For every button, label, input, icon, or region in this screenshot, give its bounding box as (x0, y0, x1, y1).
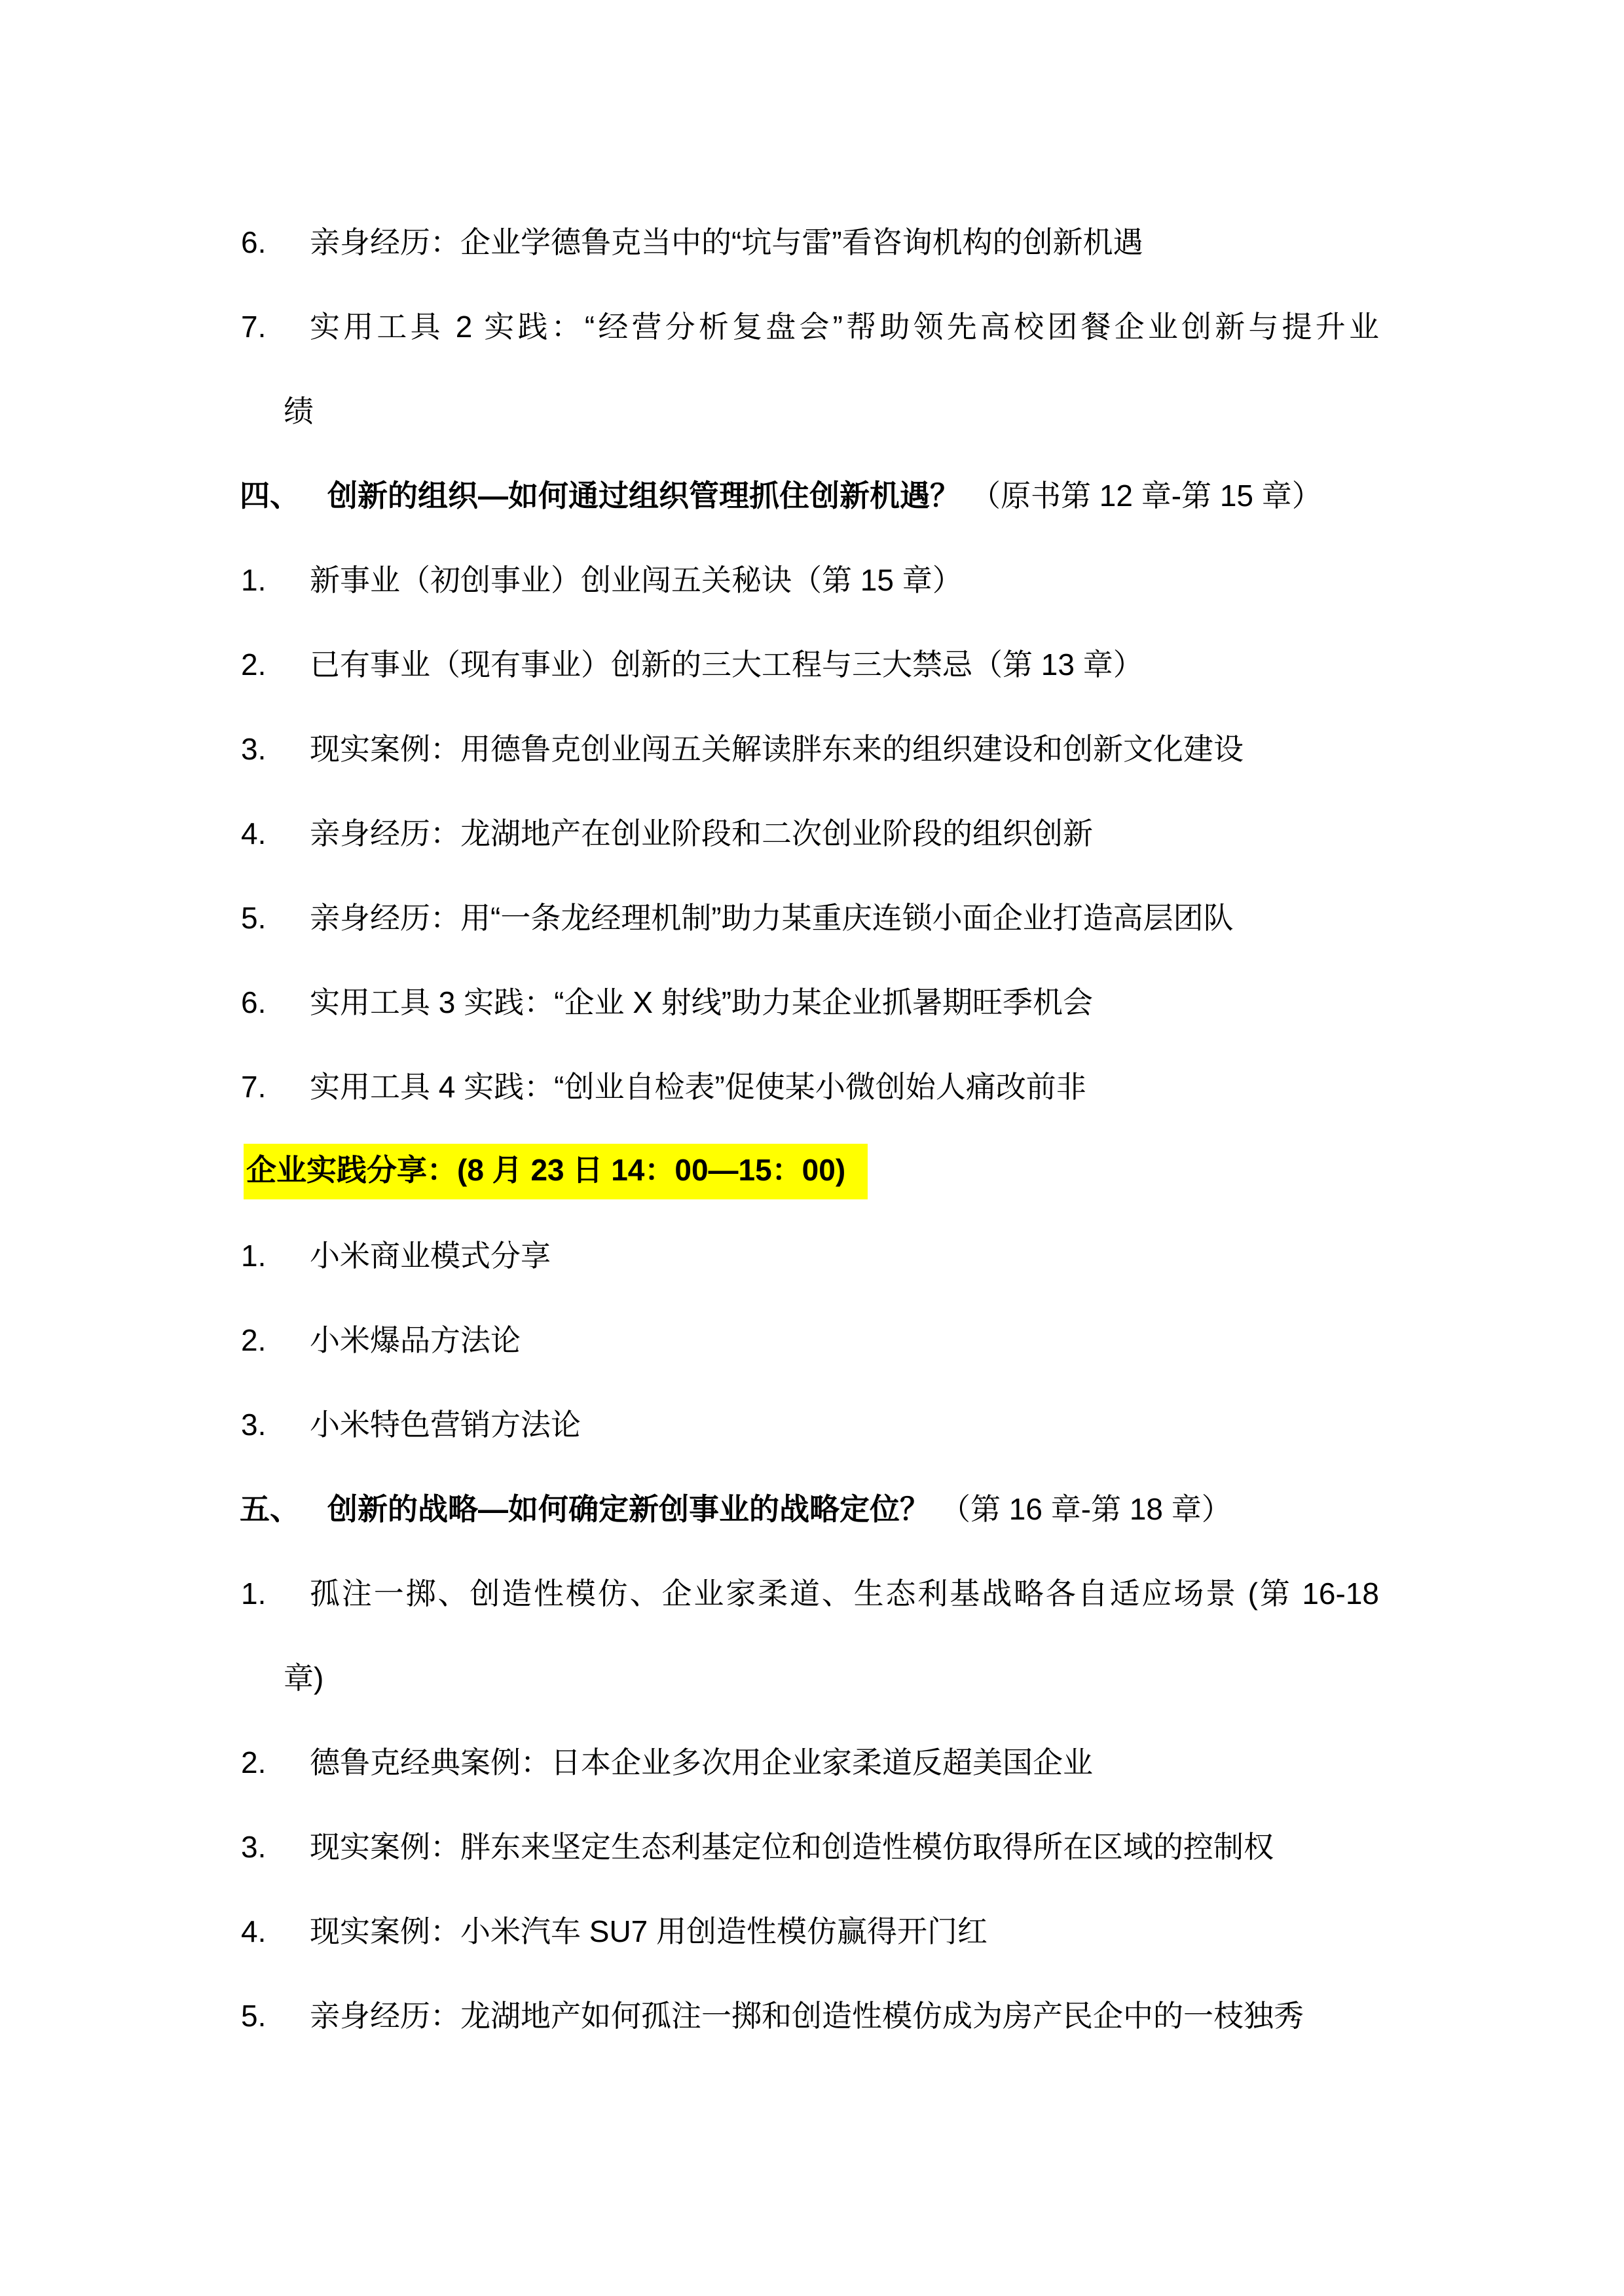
list-item-text: 实用工具 4 实践：“创业自检表”促使某小微创始人痛改前非 (284, 1045, 1379, 1129)
list-item-text: 亲身经历：用“一条龙经理机制”助力某重庆连锁小面企业打造高层团队 (284, 876, 1379, 960)
list-number: 3. (241, 1383, 266, 1467)
list-item-text: 已有事业（现有事业）创新的三大工程与三大禁忌（第 13 章） (284, 623, 1379, 707)
section-heading: 四、创新的组织—如何通过组织管理抓住创新机遇？（原书第 12 章-第 15 章） (241, 454, 1379, 538)
list-number: 3. (241, 1805, 266, 1889)
list-number: 4. (241, 1889, 266, 1974)
list-item-text: 新事业（初创事业）创业闯五关秘诀（第 15 章） (284, 538, 1379, 623)
list-number: 7. (241, 285, 266, 369)
list-item-text: 绩 (284, 369, 1379, 454)
list-item: 2.德鲁克经典案例：日本企业多次用企业家柔道反超美国企业 (241, 1721, 1379, 1805)
list-item: 7.实用工具 4 实践：“创业自检表”促使某小微创始人痛改前非 (241, 1045, 1379, 1129)
highlighted-heading-text: 企业实践分享：(8 月 23 日 14：00—15：00) (244, 1144, 868, 1200)
list-item-text: 德鲁克经典案例：日本企业多次用企业家柔道反超美国企业 (284, 1721, 1379, 1805)
list-item: 4.现实案例：小米汽车 SU7 用创造性模仿赢得开门红 (241, 1889, 1379, 1974)
list-item: 6.亲身经历：企业学德鲁克当中的“坑与雷”看咨询机构的创新机遇 (241, 200, 1379, 285)
section-number: 四、 (240, 454, 300, 538)
list-item-text: 亲身经历：企业学德鲁克当中的“坑与雷”看咨询机构的创新机遇 (284, 200, 1379, 285)
list-item: 2.已有事业（现有事业）创新的三大工程与三大禁忌（第 13 章） (241, 623, 1379, 707)
list-item: 3.现实案例：用德鲁克创业闯五关解读胖东来的组织建设和创新文化建设 (241, 707, 1379, 792)
list-item: 5.亲身经历：用“一条龙经理机制”助力某重庆连锁小面企业打造高层团队 (241, 876, 1379, 960)
section-heading-title: 创新的组织—如何通过组织管理抓住创新机遇？ (327, 479, 960, 513)
list-item-text: 现实案例：小米汽车 SU7 用创造性模仿赢得开门红 (284, 1889, 1379, 1974)
list-item: 1.孤注一掷、创造性模仿、企业家柔道、生态利基战略各自适应场景 (第 16-18… (241, 1552, 1379, 1721)
list-item: 3.现实案例：胖东来坚定生态利基定位和创造性模仿取得所在区域的控制权 (241, 1805, 1379, 1889)
section-number: 五、 (240, 1467, 300, 1552)
list-item-text: 现实案例：用德鲁克创业闯五关解读胖东来的组织建设和创新文化建设 (284, 707, 1379, 792)
list-item: 6.实用工具 3 实践：“企业 X 射线”助力某企业抓暑期旺季机会 (241, 960, 1379, 1045)
list-number: 6. (241, 200, 266, 285)
highlighted-heading: 企业实践分享：(8 月 23 日 14：00—15：00) (244, 1129, 1379, 1214)
list-item: 3.小米特色营销方法论 (241, 1383, 1379, 1467)
section-heading-chapter-ref: （原书第 12 章-第 15 章） (970, 479, 1322, 513)
section-heading-chapter-ref: （第 16 章-第 18 章） (940, 1492, 1232, 1526)
list-item-text: 实用工具 2 实践：“经营分析复盘会”帮助领先高校团餐企业创新与提升业 (284, 285, 1379, 369)
document-page: 6.亲身经历：企业学德鲁克当中的“坑与雷”看咨询机构的创新机遇7.实用工具 2 … (0, 0, 1624, 2058)
list-number: 2. (241, 1721, 266, 1805)
list-number: 1. (241, 538, 266, 623)
list-item-text: 小米特色营销方法论 (284, 1383, 1379, 1467)
list-number: 7. (241, 1045, 266, 1129)
list-item-text: 章) (284, 1636, 1379, 1721)
list-item: 7.实用工具 2 实践：“经营分析复盘会”帮助领先高校团餐企业创新与提升业绩 (241, 285, 1379, 454)
list-number: 5. (241, 1974, 266, 2058)
list-item-text: 亲身经历：龙湖地产如何孤注一掷和创造性模仿成为房产民企中的一枝独秀 (284, 1974, 1379, 2058)
list-item-text: 小米爆品方法论 (284, 1298, 1379, 1383)
list-item-text: 实用工具 3 实践：“企业 X 射线”助力某企业抓暑期旺季机会 (284, 960, 1379, 1045)
list-number: 1. (241, 1214, 266, 1298)
list-item-text: 小米商业模式分享 (284, 1214, 1379, 1298)
list-number: 5. (241, 876, 266, 960)
section-heading-title: 创新的战略—如何确定新创事业的战略定位？ (327, 1492, 930, 1526)
list-item: 5.亲身经历：龙湖地产如何孤注一掷和创造性模仿成为房产民企中的一枝独秀 (241, 1974, 1379, 2058)
list-number: 4. (241, 792, 266, 876)
list-item: 1.小米商业模式分享 (241, 1214, 1379, 1298)
list-number: 3. (241, 707, 266, 792)
list-number: 1. (241, 1552, 266, 1636)
list-item-text: 亲身经历：龙湖地产在创业阶段和二次创业阶段的组织创新 (284, 792, 1379, 876)
list-item: 2.小米爆品方法论 (241, 1298, 1379, 1383)
list-number: 2. (241, 623, 266, 707)
list-item-text: 现实案例：胖东来坚定生态利基定位和创造性模仿取得所在区域的控制权 (284, 1805, 1379, 1889)
list-item-text: 孤注一掷、创造性模仿、企业家柔道、生态利基战略各自适应场景 (第 16-18 (284, 1552, 1379, 1636)
section-heading: 五、创新的战略—如何确定新创事业的战略定位？（第 16 章-第 18 章） (241, 1467, 1379, 1552)
list-number: 2. (241, 1298, 266, 1383)
list-item: 1.新事业（初创事业）创业闯五关秘诀（第 15 章） (241, 538, 1379, 623)
list-number: 6. (241, 960, 266, 1045)
list-item: 4.亲身经历：龙湖地产在创业阶段和二次创业阶段的组织创新 (241, 792, 1379, 876)
